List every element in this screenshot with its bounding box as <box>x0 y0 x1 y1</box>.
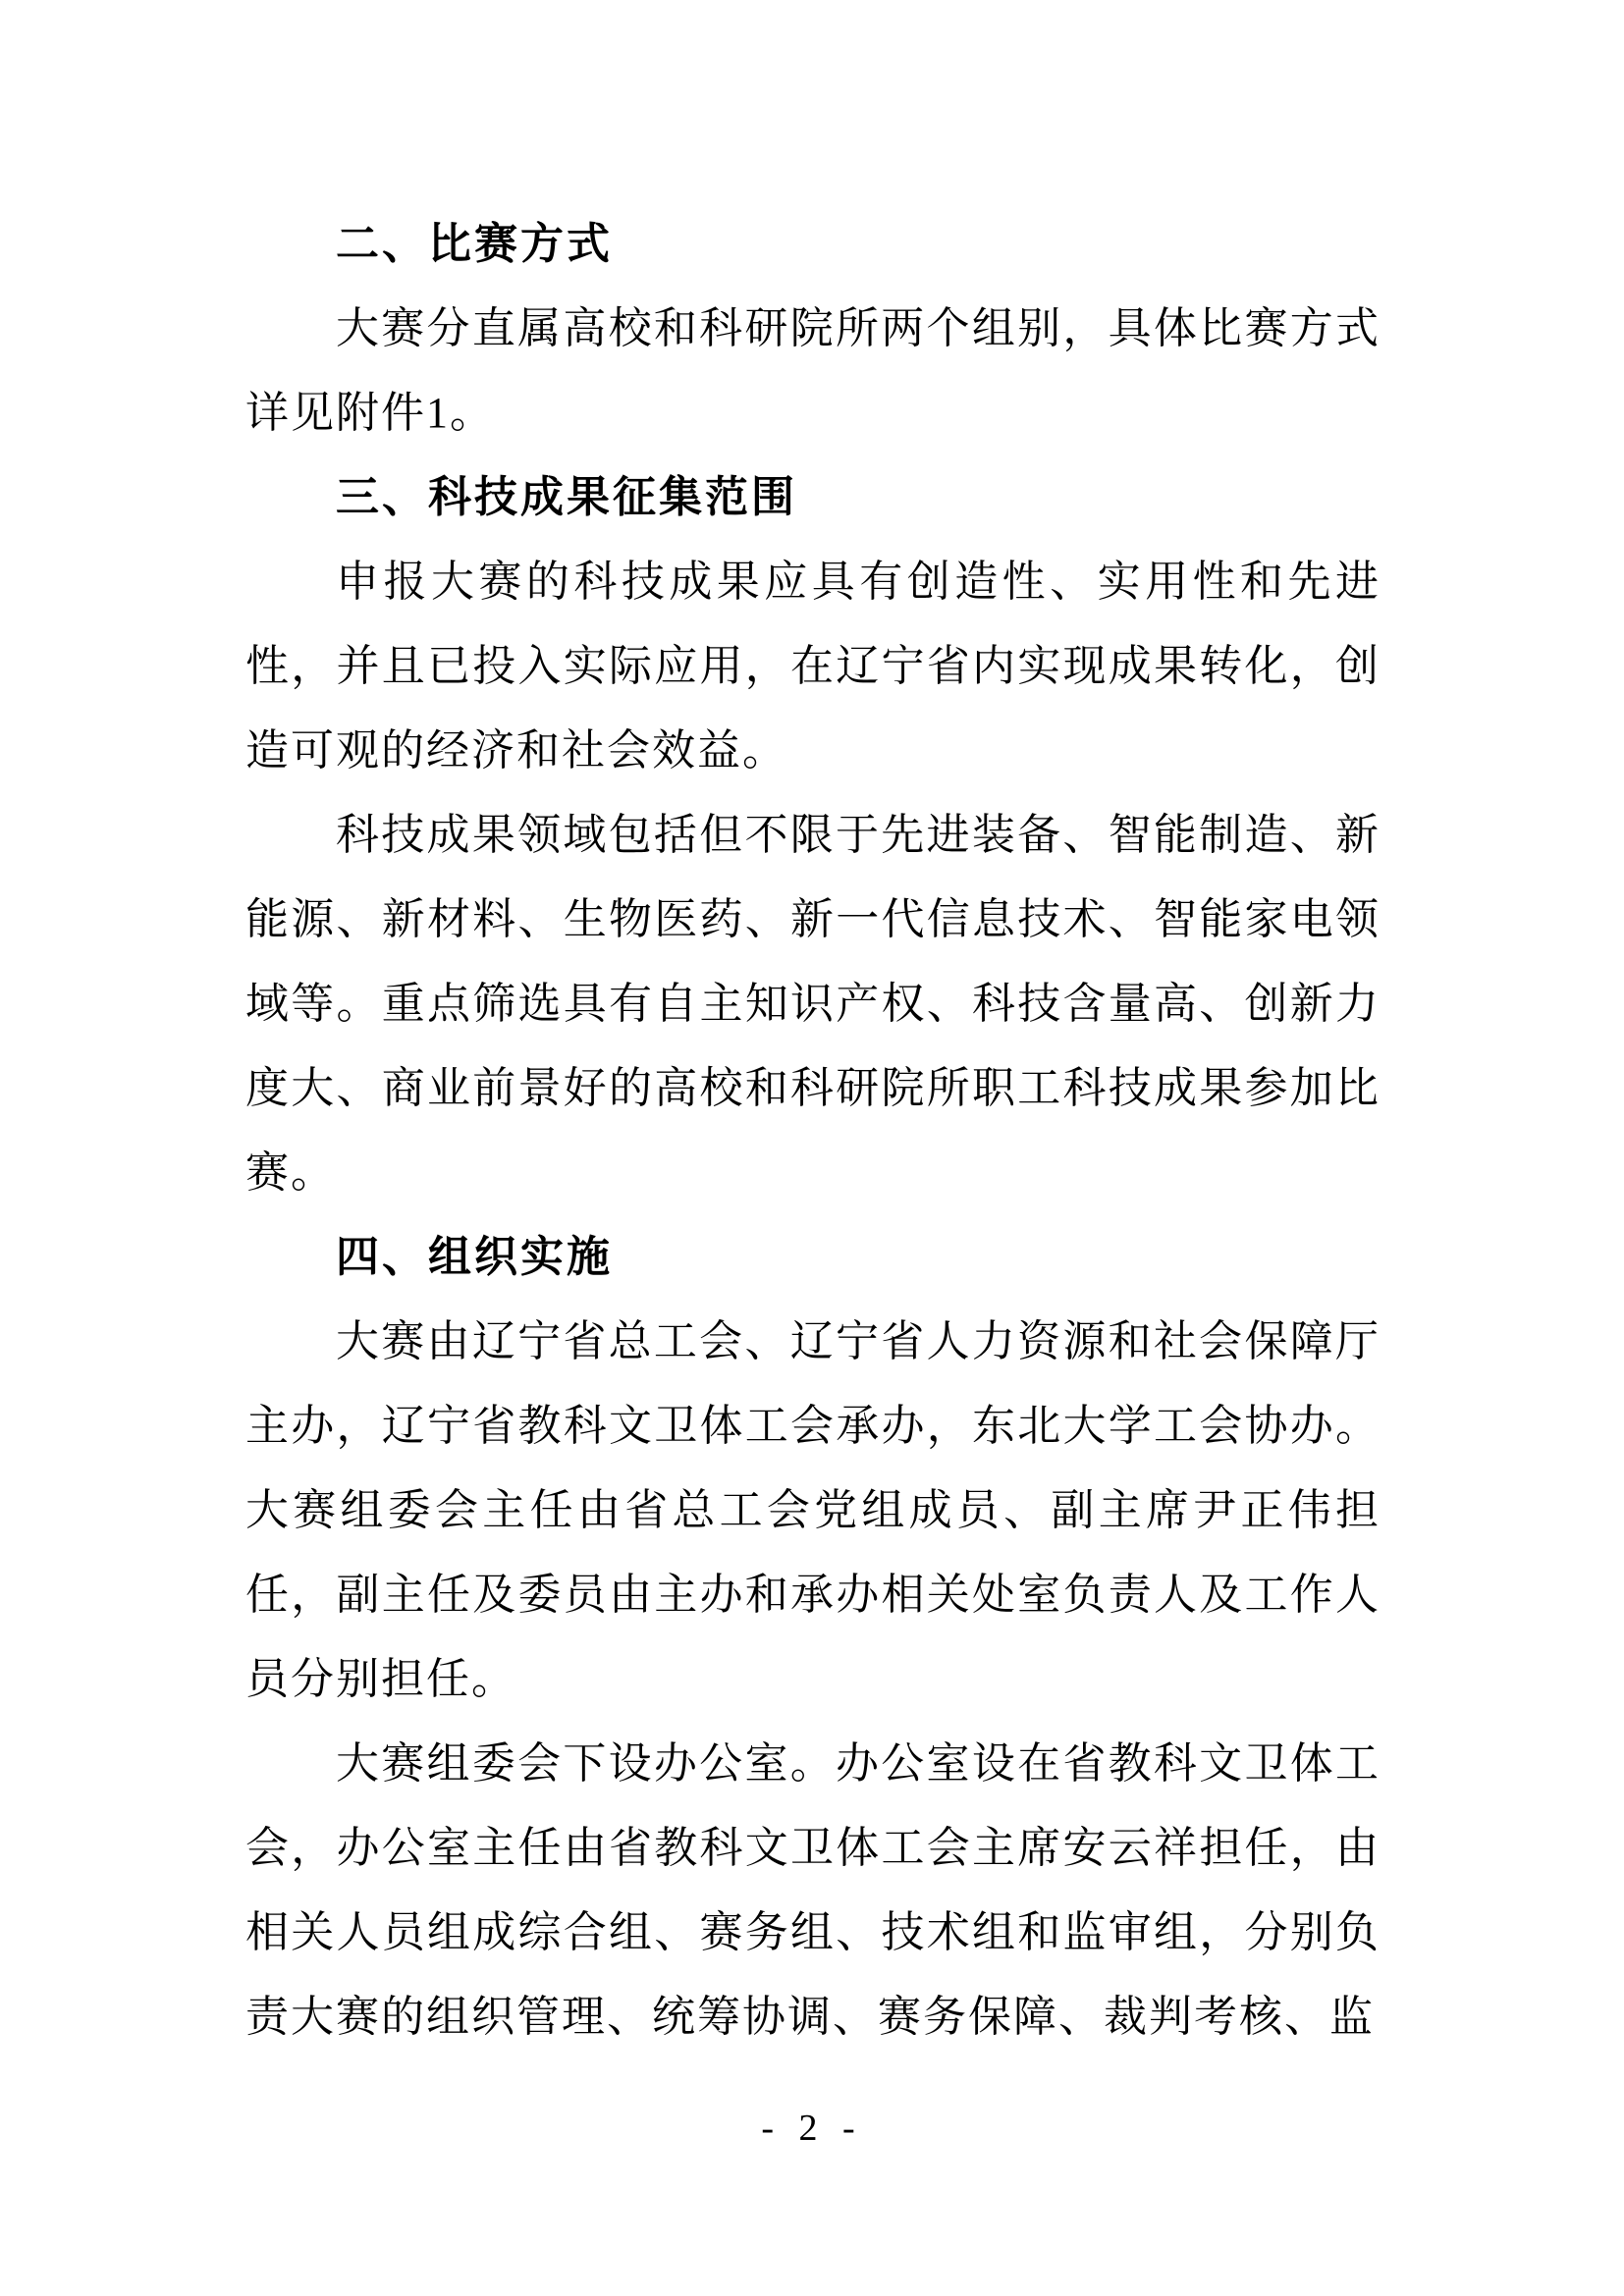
section-4-heading: 四、组织实施 <box>245 1215 1380 1300</box>
section-2: 二、比赛方式 大赛分直属高校和科研院所两个组别，具体比赛方式详见附件1。 <box>245 202 1380 455</box>
section-2-heading: 二、比赛方式 <box>245 202 1380 287</box>
section-3-paragraph-2: 科技成果领域包括但不限于先进装备、智能制造、新能源、新材料、生物医药、新一代信息… <box>245 793 1380 1215</box>
section-2-paragraph: 大赛分直属高校和科研院所两个组别，具体比赛方式详见附件1。 <box>245 287 1380 455</box>
section-3: 三、科技成果征集范围 申报大赛的科技成果应具有创造性、实用性和先进性，并且已投入… <box>245 455 1380 1215</box>
document-page: 二、比赛方式 大赛分直属高校和科研院所两个组别，具体比赛方式详见附件1。 三、科… <box>0 0 1624 2296</box>
document-body: 二、比赛方式 大赛分直属高校和科研院所两个组别，具体比赛方式详见附件1。 三、科… <box>245 202 1380 2059</box>
section-4-paragraph-1: 大赛由辽宁省总工会、辽宁省人力资源和社会保障厅主办，辽宁省教科文卫体工会承办，东… <box>245 1300 1380 1722</box>
section-4: 四、组织实施 大赛由辽宁省总工会、辽宁省人力资源和社会保障厅主办，辽宁省教科文卫… <box>245 1215 1380 2059</box>
page-number: - 2 - <box>0 2104 1624 2153</box>
section-4-paragraph-2: 大赛组委会下设办公室。办公室设在省教科文卫体工会，办公室主任由省教科文卫体工会主… <box>245 1722 1380 2059</box>
section-3-paragraph-1: 申报大赛的科技成果应具有创造性、实用性和先进性，并且已投入实际应用，在辽宁省内实… <box>245 540 1380 793</box>
section-3-heading: 三、科技成果征集范围 <box>245 455 1380 540</box>
